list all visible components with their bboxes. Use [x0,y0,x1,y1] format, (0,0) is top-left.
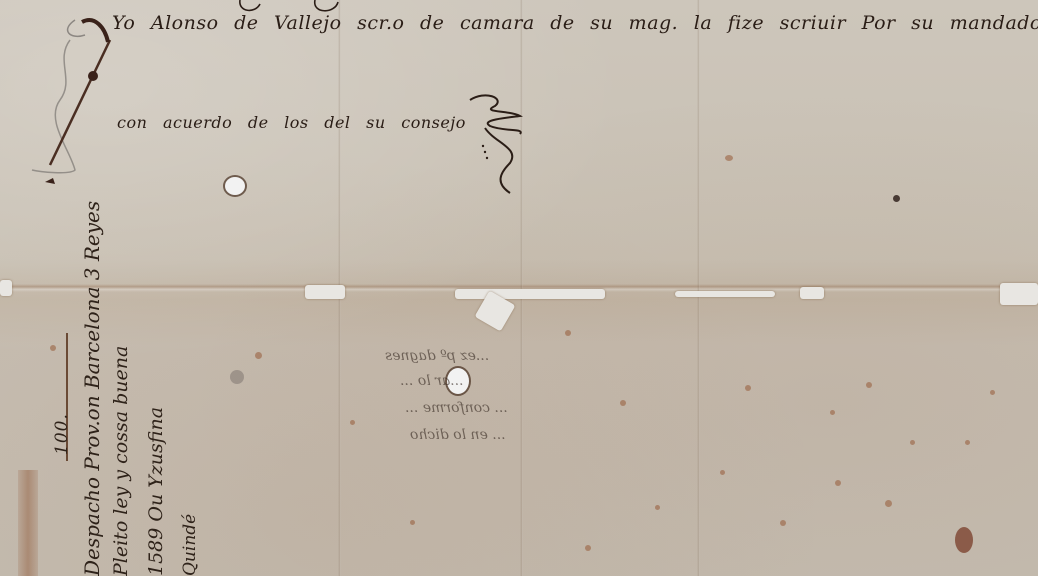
stain [350,420,355,425]
stain [410,520,415,525]
margin-note-3: 1589 Ou Yzusfina [145,407,167,576]
stain [965,440,970,445]
paper-tear [305,285,345,299]
bleed-through-text: ... conforme ... [405,400,508,416]
stain [866,382,872,388]
manuscript-line-2: con acuerdo de los del su consejo [117,113,466,132]
paper-hole [225,177,245,195]
vertical-fold [697,0,700,576]
manuscript-page: Yo Alonso de Vallejo scr.o de camara de … [0,0,1038,576]
stain [565,330,571,336]
paper-tear [0,280,12,296]
stain [230,370,244,384]
ink-spot [893,195,900,202]
paper-tear [1000,283,1038,305]
stain [990,390,995,395]
paper-tear [455,289,605,299]
stain [910,440,915,445]
stain [780,520,786,526]
cropped-ascenders [230,0,350,20]
signature-rubric [465,88,535,198]
bleed-through-text: ...ez pº dagnes [385,348,489,364]
bleed-through-text: ... en lo dicho [410,427,506,443]
margin-stain [18,470,38,576]
stain [720,470,725,475]
paper-tear [675,291,775,297]
margin-note-4: Quindé [180,514,200,576]
stain [725,155,733,161]
stain [830,410,835,415]
stain [885,500,892,507]
stain [620,400,626,406]
stain [655,505,660,510]
margin-number: 100. [52,413,72,455]
paper-tear [800,287,824,299]
margin-note-2: Pleito ley y cossa buena [110,346,132,576]
stain [255,352,262,359]
stain [835,480,841,486]
vertical-fold [520,0,523,576]
stain [955,527,973,553]
margin-note-1: Despacho Prov.on Barcelona 3 Reyes [80,201,104,576]
stain [745,385,751,391]
stain [50,345,56,351]
bleed-through-text: ...ar lo ... [400,373,464,389]
initial-flourish [0,0,130,200]
stain [585,545,591,551]
